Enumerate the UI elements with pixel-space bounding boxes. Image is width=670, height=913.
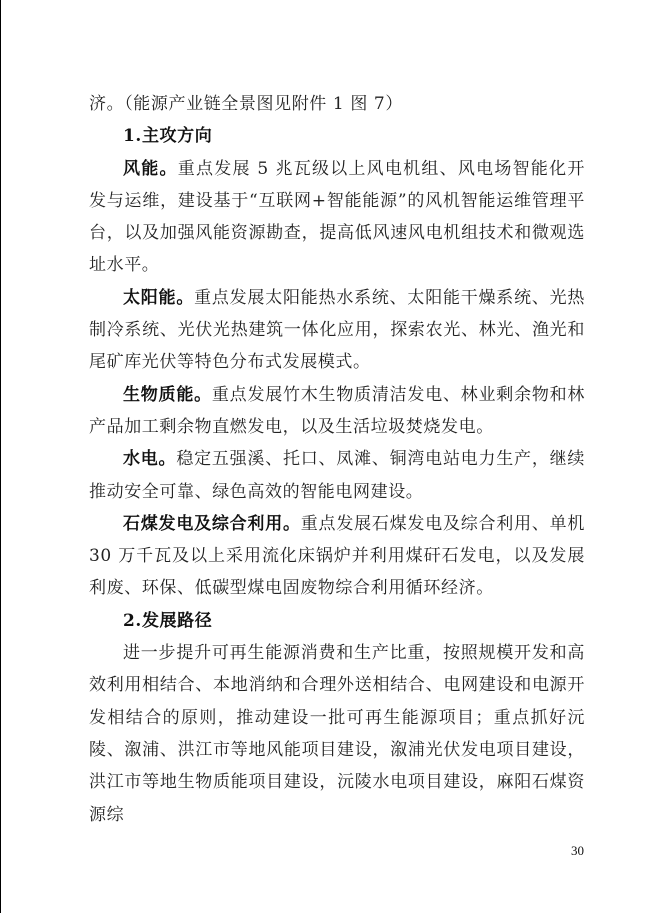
section-heading-main-directions: 1.主攻方向 <box>89 120 585 152</box>
document-page: 济。（能源产业链全景图见附件 1 图 7） 1.主攻方向 风能。重点发展 5 兆… <box>0 0 670 913</box>
continuation-paragraph: 济。（能源产业链全景图见附件 1 图 7） <box>89 88 585 120</box>
paragraph-solar-energy: 太阳能。重点发展太阳能热水系统、太阳能干燥系统、光热制冷系统、光伏光热建筑一体化… <box>89 282 585 379</box>
paragraph-development-path: 进一步提升可再生能源消费和生产比重，按照规模开发和高效利用相结合、本地消纳和合理… <box>89 637 585 831</box>
paragraph-biomass-energy: 生物质能。重点发展竹木生物质清洁发电、林业剩余物和林产品加工剩余物直燃发电，以及… <box>89 379 585 444</box>
paragraph-lead-hydro: 水电。 <box>123 449 176 469</box>
paragraph-hydropower: 水电。稳定五强溪、托口、凤滩、铜湾电站电力生产，继续推动安全可靠、绿色高效的智能… <box>89 443 585 508</box>
paragraph-lead-stone-coal: 石煤发电及综合利用。 <box>123 514 301 534</box>
paragraph-wind-energy: 风能。重点发展 5 兆瓦级以上风电机组、风电场智能化开发与运维，建设基于“互联网… <box>89 153 585 282</box>
page-number: 30 <box>571 843 584 859</box>
page-body: 济。（能源产业链全景图见附件 1 图 7） 1.主攻方向 风能。重点发展 5 兆… <box>89 88 585 831</box>
paragraph-lead-wind: 风能。 <box>123 159 178 179</box>
paragraph-lead-solar: 太阳能。 <box>123 288 194 308</box>
paragraph-stone-coal: 石煤发电及综合利用。重点发展石煤发电及综合利用、单机 30 万千瓦及以上采用流化… <box>89 508 585 605</box>
paragraph-lead-biomass: 生物质能。 <box>123 385 212 405</box>
section-heading-development-path: 2.发展路径 <box>89 605 585 637</box>
